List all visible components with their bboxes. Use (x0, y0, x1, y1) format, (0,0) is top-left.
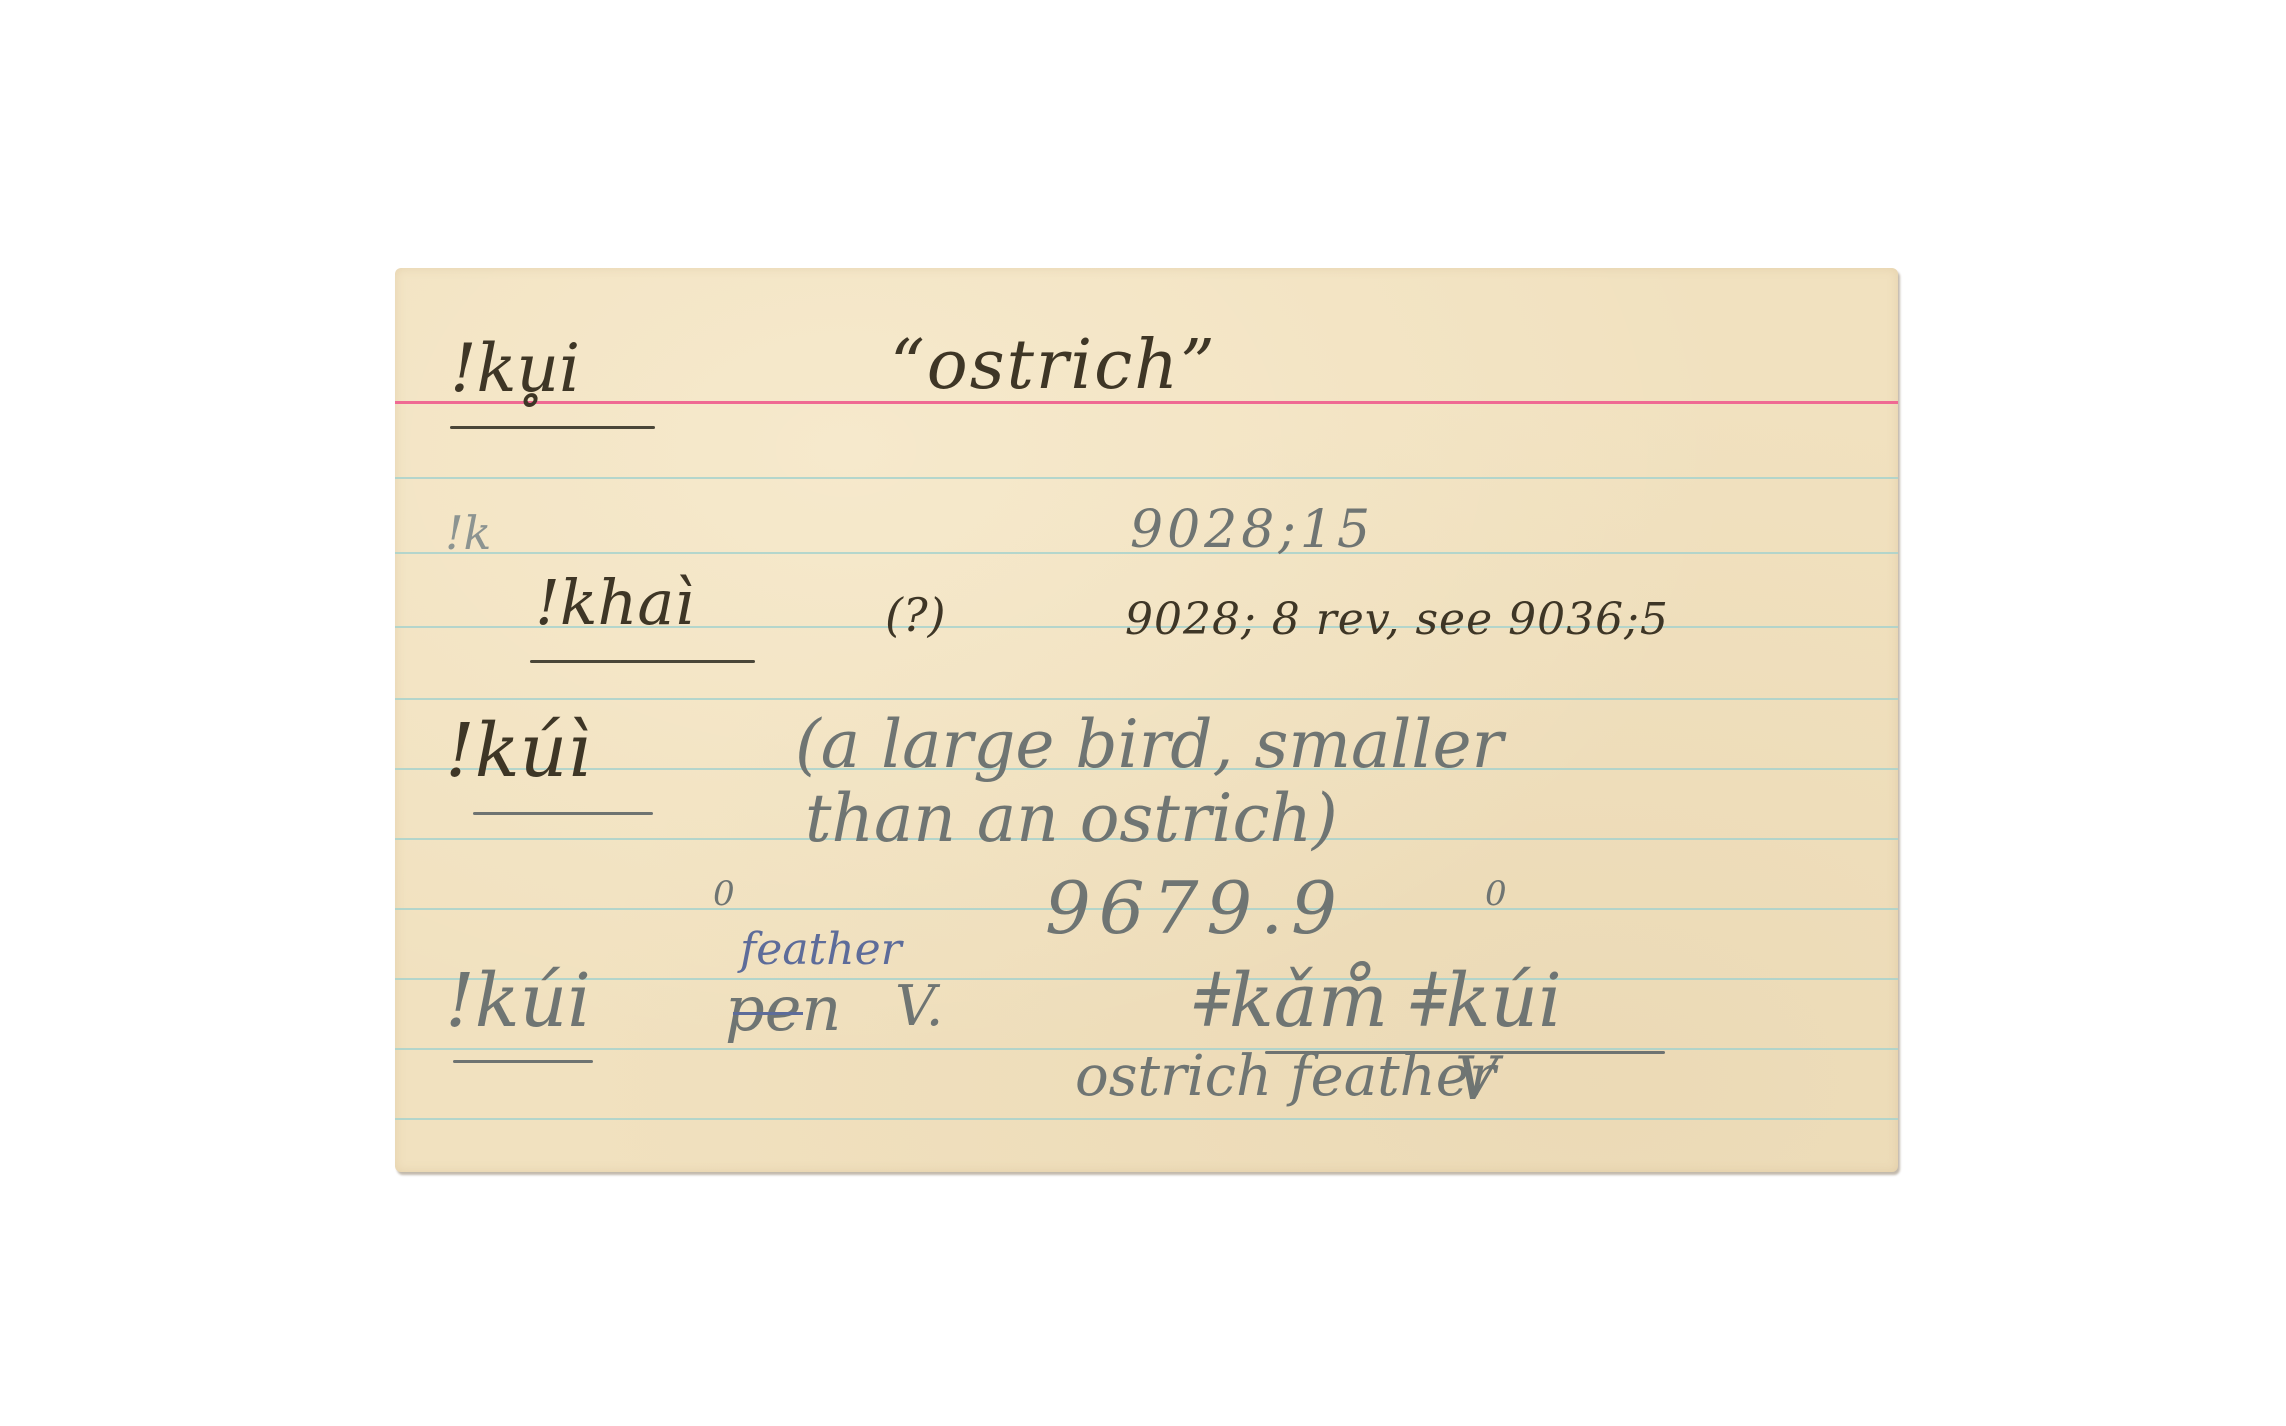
entry-compound: ǂkǎm̊ ǂkúi (1195, 958, 1562, 1044)
entry-gloss-correction: feather (740, 924, 902, 975)
entry-mark: 0 (713, 874, 735, 914)
entry-qualifier: (?) (885, 588, 946, 642)
index-card: !ku̥i “ostrich” !k 9028;15 !khaì (?) 902… (395, 268, 1898, 1172)
entry-gloss-line2: than an ostrich) (805, 780, 1338, 857)
strikethrough (733, 1012, 803, 1015)
entry-term-underline (453, 1060, 593, 1063)
entry-gloss-struck: pen (725, 972, 841, 1045)
entry-gloss-line1: (a large bird, smaller (795, 706, 1503, 783)
ruling-line (395, 1118, 1898, 1120)
ruling-line (395, 477, 1898, 479)
entry-compound-gloss: ostrich feather (1075, 1044, 1496, 1109)
entry-term: !kúi (445, 958, 591, 1044)
entry-check: V. (895, 974, 943, 1039)
entry-term: !khaì (535, 566, 694, 639)
entry-compound-check: V (1455, 1044, 1498, 1114)
ruling-line (395, 978, 1898, 980)
header-gloss: “ostrich” (890, 326, 1217, 405)
entry-mark: 0 (1485, 874, 1507, 914)
entry-marker: !k (445, 506, 491, 560)
entry-term-underline (530, 660, 755, 663)
header-term-underline (450, 426, 655, 429)
entry-reference: 9679.9 (1045, 866, 1345, 950)
entry-term: !kúì (445, 708, 591, 794)
entry-reference: 9028;15 (1130, 500, 1374, 560)
header-term: !ku̥i (450, 330, 580, 407)
entry-term-underline (473, 812, 653, 815)
entry-reference: 9028; 8 rev, see 9036;5 (1125, 594, 1669, 645)
ruling-line (395, 698, 1898, 700)
